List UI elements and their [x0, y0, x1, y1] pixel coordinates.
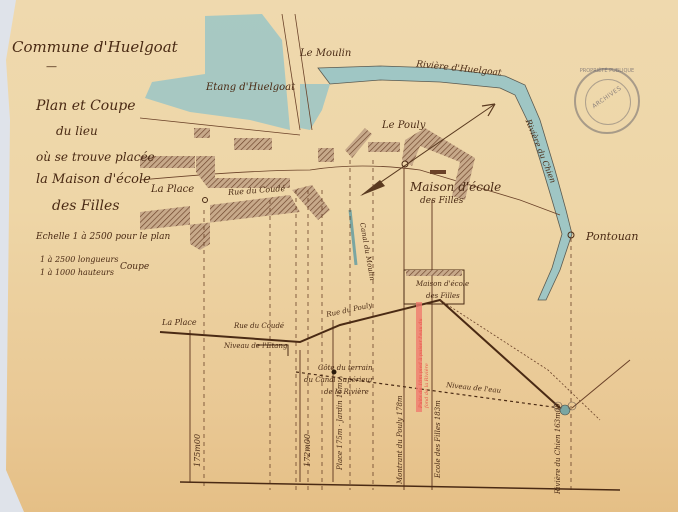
section-canal-level-1: Côte du terrain	[318, 364, 373, 372]
elevation-label: Place 175m · Jardin 16m	[336, 383, 344, 470]
section-school-sub: des Filles	[426, 292, 460, 300]
title-dash: —	[46, 60, 57, 73]
title-line2: du lieu	[56, 124, 98, 138]
elevation-label: Montrant du Pouly 178m	[396, 395, 404, 484]
label-school: Maison d'école	[410, 180, 501, 194]
lake-etang	[145, 14, 290, 130]
label-mill: Le Moulin	[300, 48, 351, 59]
title-line3: où se trouve placée	[36, 150, 155, 164]
title-line4: la Maison d'école	[36, 172, 151, 187]
title-line5: des Filles	[52, 198, 120, 214]
section-lake-level: Niveau de l'Etang	[224, 342, 287, 350]
elevation-label: Ecole des Filles 183m	[434, 400, 442, 478]
commune-title: Commune d'Huelgoat	[12, 38, 178, 56]
scale-section-length: 1 à 2500 longueurs	[40, 255, 118, 264]
label-place: La Place	[151, 184, 194, 195]
stamp-ring-text: PROPRIÉTÉ PUBLIQUE	[576, 68, 638, 74]
red-well-note: Puits de 10m pied à puiser l'eau du fond…	[418, 308, 430, 408]
elevation-label: 175m00	[193, 434, 202, 467]
label-pontouan: Pontouan	[586, 230, 638, 243]
scale-section-height: 1 à 1000 hauteurs	[40, 268, 114, 277]
title-line1: Plan et Coupe	[36, 98, 135, 114]
scale-plan: Echelle 1 à 2500 pour le plan	[36, 232, 170, 242]
label-school-sub: des Filles	[420, 196, 463, 206]
section-street: Rue du Coudé	[234, 322, 284, 330]
archive-stamp: PROPRIÉTÉ PUBLIQUE ARCHIVES	[574, 68, 640, 134]
section-place: La Place	[162, 318, 197, 327]
section-canal-level-3: de la Rivière	[324, 388, 369, 396]
label-lake: Etang d'Huelgoat	[206, 82, 295, 93]
elevation-label: Rivière du Chien 163m00	[554, 403, 562, 494]
scale-section-label: Coupe	[120, 262, 149, 272]
map-sheet: Commune d'Huelgoat — Plan et Coupe du li…	[6, 0, 678, 512]
section-school: Maison d'école	[416, 280, 469, 288]
elevation-label: 172m00	[303, 434, 312, 467]
label-le-pouly: Le Pouly	[382, 120, 425, 131]
